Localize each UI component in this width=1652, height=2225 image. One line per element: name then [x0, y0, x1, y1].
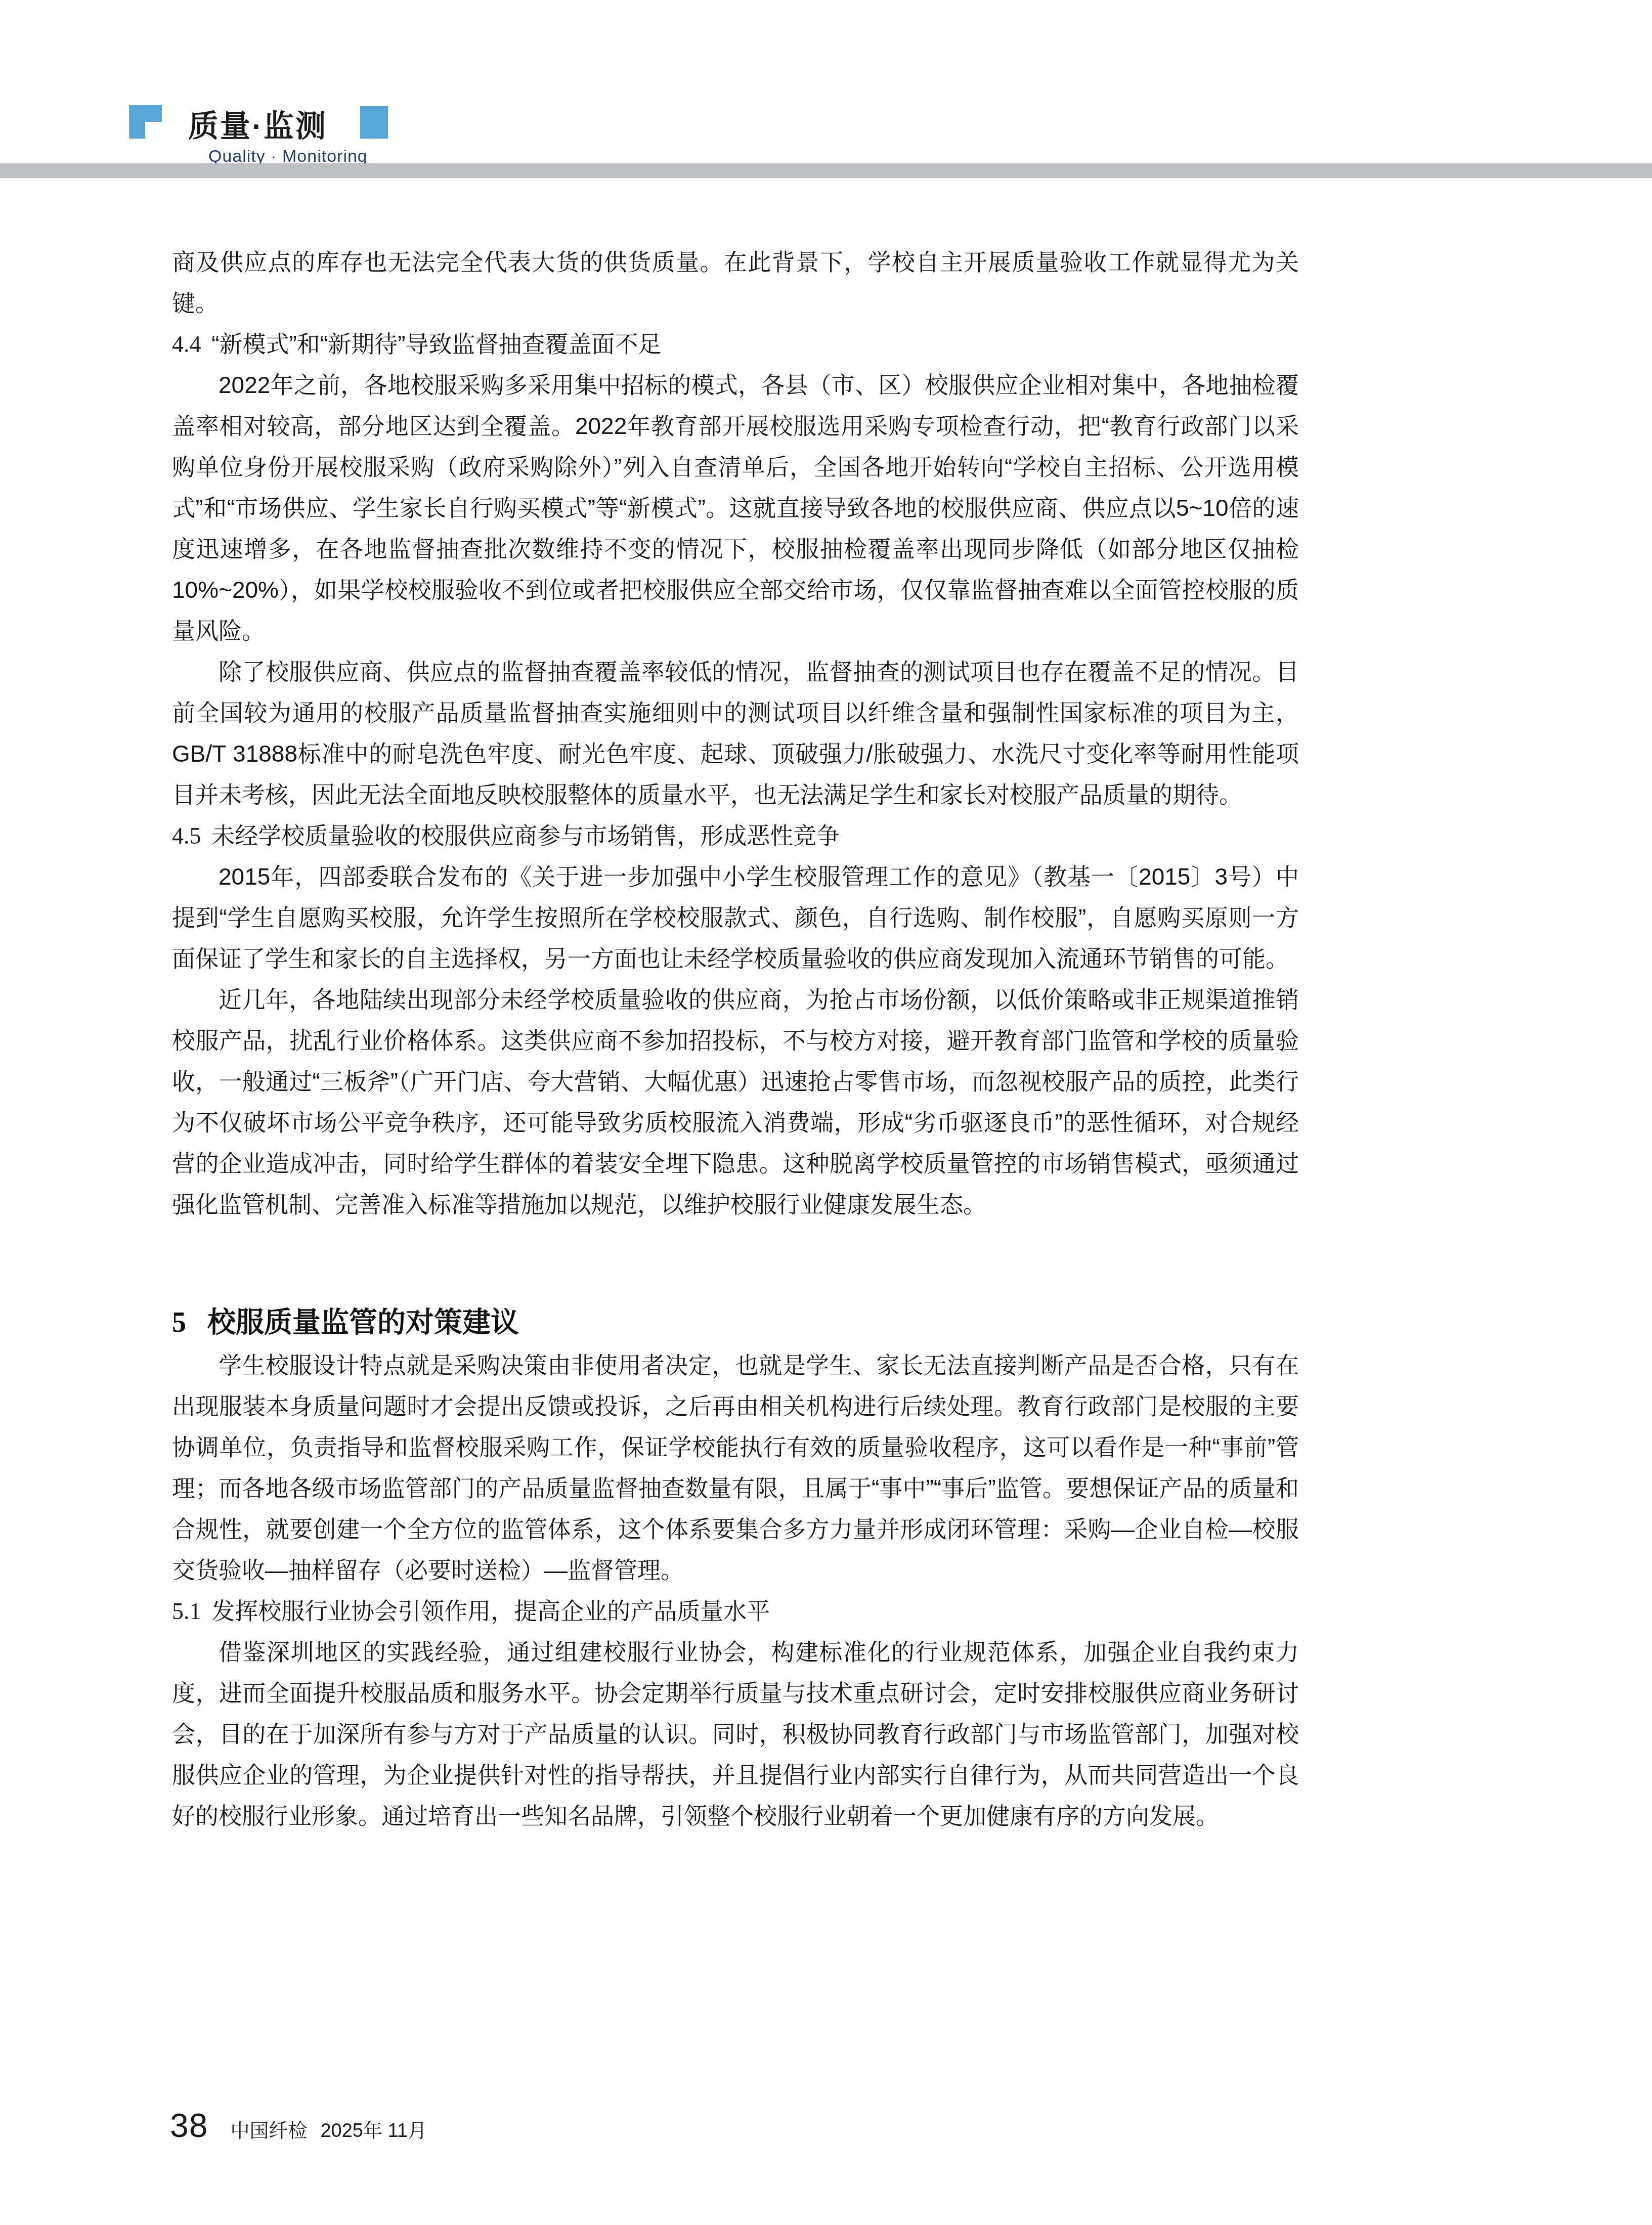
article-body: 商及供应点的库存也无法完全代表大货的供货质量。在此背景下，学校自主开展质量验收工… — [172, 242, 1299, 1837]
heading-text: 发挥校服行业协会引领作用，提高企业的产品质量水平 — [211, 1598, 770, 1624]
body-paragraph: 2015年，四部委联合发布的《关于进一步加强中小学生校服管理工作的意见》（教基一… — [172, 856, 1299, 979]
body-paragraph: 学生校服设计特点就是采购决策由非使用者决定，也就是学生、家长无法直接判断产品是否… — [172, 1345, 1299, 1591]
column-title: 质量·监测 — [188, 102, 327, 146]
body-paragraph: 借鉴深圳地区的实践经验，通过组建校服行业协会，构建标准化的行业规范体系，加强企业… — [172, 1632, 1299, 1837]
heading-number: 5.1 — [172, 1598, 201, 1624]
header-divider-bar — [0, 163, 1652, 178]
heading-number: 5 — [172, 1307, 186, 1338]
page-footer: 38 中国纤检 2025年 11月 — [170, 2106, 427, 2145]
body-paragraph: 2022年之前，各地校服采购多采用集中招标的模式，各县（市、区）校服供应企业相对… — [172, 365, 1299, 651]
body-paragraph: 除了校服供应商、供应点的监督抽查覆盖率较低的情况，监督抽查的测试项目也存在覆盖不… — [172, 651, 1299, 815]
body-paragraph: 近几年，各地陆续出现部分未经学校质量验收的供应商，为抢占市场份额，以低价策略或非… — [172, 979, 1299, 1225]
section-heading: 5校服质量监管的对策建议 — [172, 1300, 1299, 1345]
issue-date: 2025年 11月 — [320, 2115, 427, 2143]
journal-page: 质量·监测 Quality · Monitoring 商及供应点的库存也无法完全… — [0, 0, 1652, 2225]
footer-journal-line: 中国纤检 2025年 11月 — [230, 2115, 427, 2143]
masthead-corner-flag-icon — [129, 105, 162, 139]
subsection-heading: 4.4“新模式”和“新期待”导致监督抽查覆盖面不足 — [172, 324, 1299, 365]
subsection-heading: 5.1发挥校服行业协会引领作用，提高企业的产品质量水平 — [172, 1591, 1299, 1632]
flag-vertical-bar — [129, 105, 145, 139]
heading-text: 校服质量监管的对策建议 — [207, 1306, 519, 1338]
heading-number: 4.5 — [172, 823, 201, 849]
subsection-heading: 4.5未经学校质量验收的校服供应商参与市场销售，形成恶性竞争 — [172, 815, 1299, 856]
journal-name: 中国纤检 — [230, 2115, 307, 2143]
page-number: 38 — [170, 2106, 208, 2145]
heading-text: “新模式”和“新期待”导致监督抽查覆盖面不足 — [211, 331, 661, 357]
heading-number: 4.4 — [172, 331, 201, 357]
masthead-blue-square — [360, 106, 388, 139]
body-paragraph: 商及供应点的库存也无法完全代表大货的供货质量。在此背景下，学校自主开展质量验收工… — [172, 242, 1299, 324]
heading-text: 未经学校质量验收的校服供应商参与市场销售，形成恶性竞争 — [211, 822, 840, 849]
